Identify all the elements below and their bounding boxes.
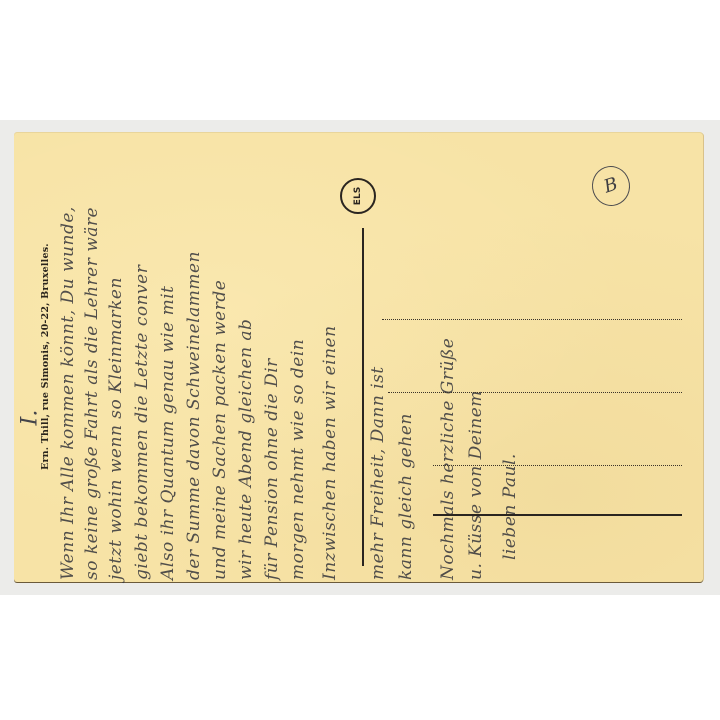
handwritten-line: Also ihr Quantum genau wie mit <box>158 286 178 581</box>
margin-mark: I. <box>17 410 42 426</box>
publisher-logo-text: ELS <box>342 180 374 212</box>
address-line-2 <box>388 392 682 393</box>
publisher-logo-icon: ELS <box>340 178 376 214</box>
handwritten-line: kann gleich gehen <box>396 413 416 580</box>
handwritten-line: wir heute Abend gleichen ab <box>236 319 256 580</box>
handwritten-line: für Pension ohne die Dir <box>262 358 282 580</box>
handwritten-line: der Summe davon Schweinelammen <box>184 251 204 580</box>
handwritten-line: jetzt wohin wenn so Kleinmarken <box>106 277 126 580</box>
handwritten-line: giebt bekommen die Letzte conver <box>132 265 152 580</box>
handwritten-line: morgen nehmt wie so dein <box>288 339 308 580</box>
handwritten-line: u. Küsse von Deinem <box>466 390 486 580</box>
handwritten-line: und meine Sachen packen werde <box>210 280 230 580</box>
center-divider-line <box>362 228 364 566</box>
handwritten-line: so keine große Fahrt als die Lehrer wäre <box>82 207 102 580</box>
publisher-imprint: Ern. Thill, rue Simonis, 20-22, Bruxelle… <box>40 243 51 470</box>
handwritten-line: Wenn Ihr Alle kommen könnt, Du wunde, <box>58 206 78 580</box>
address-line-3 <box>433 465 682 466</box>
handwritten-line: Nochmals herzliche Grüße <box>438 338 458 580</box>
address-line-4 <box>433 514 682 516</box>
handwritten-line: Inzwischen haben wir einen <box>320 325 340 580</box>
handwritten-line: mehr Freiheit, Dann ist <box>368 366 388 580</box>
address-line-1 <box>382 319 682 320</box>
handwritten-line: lieben Paul. <box>500 453 520 560</box>
